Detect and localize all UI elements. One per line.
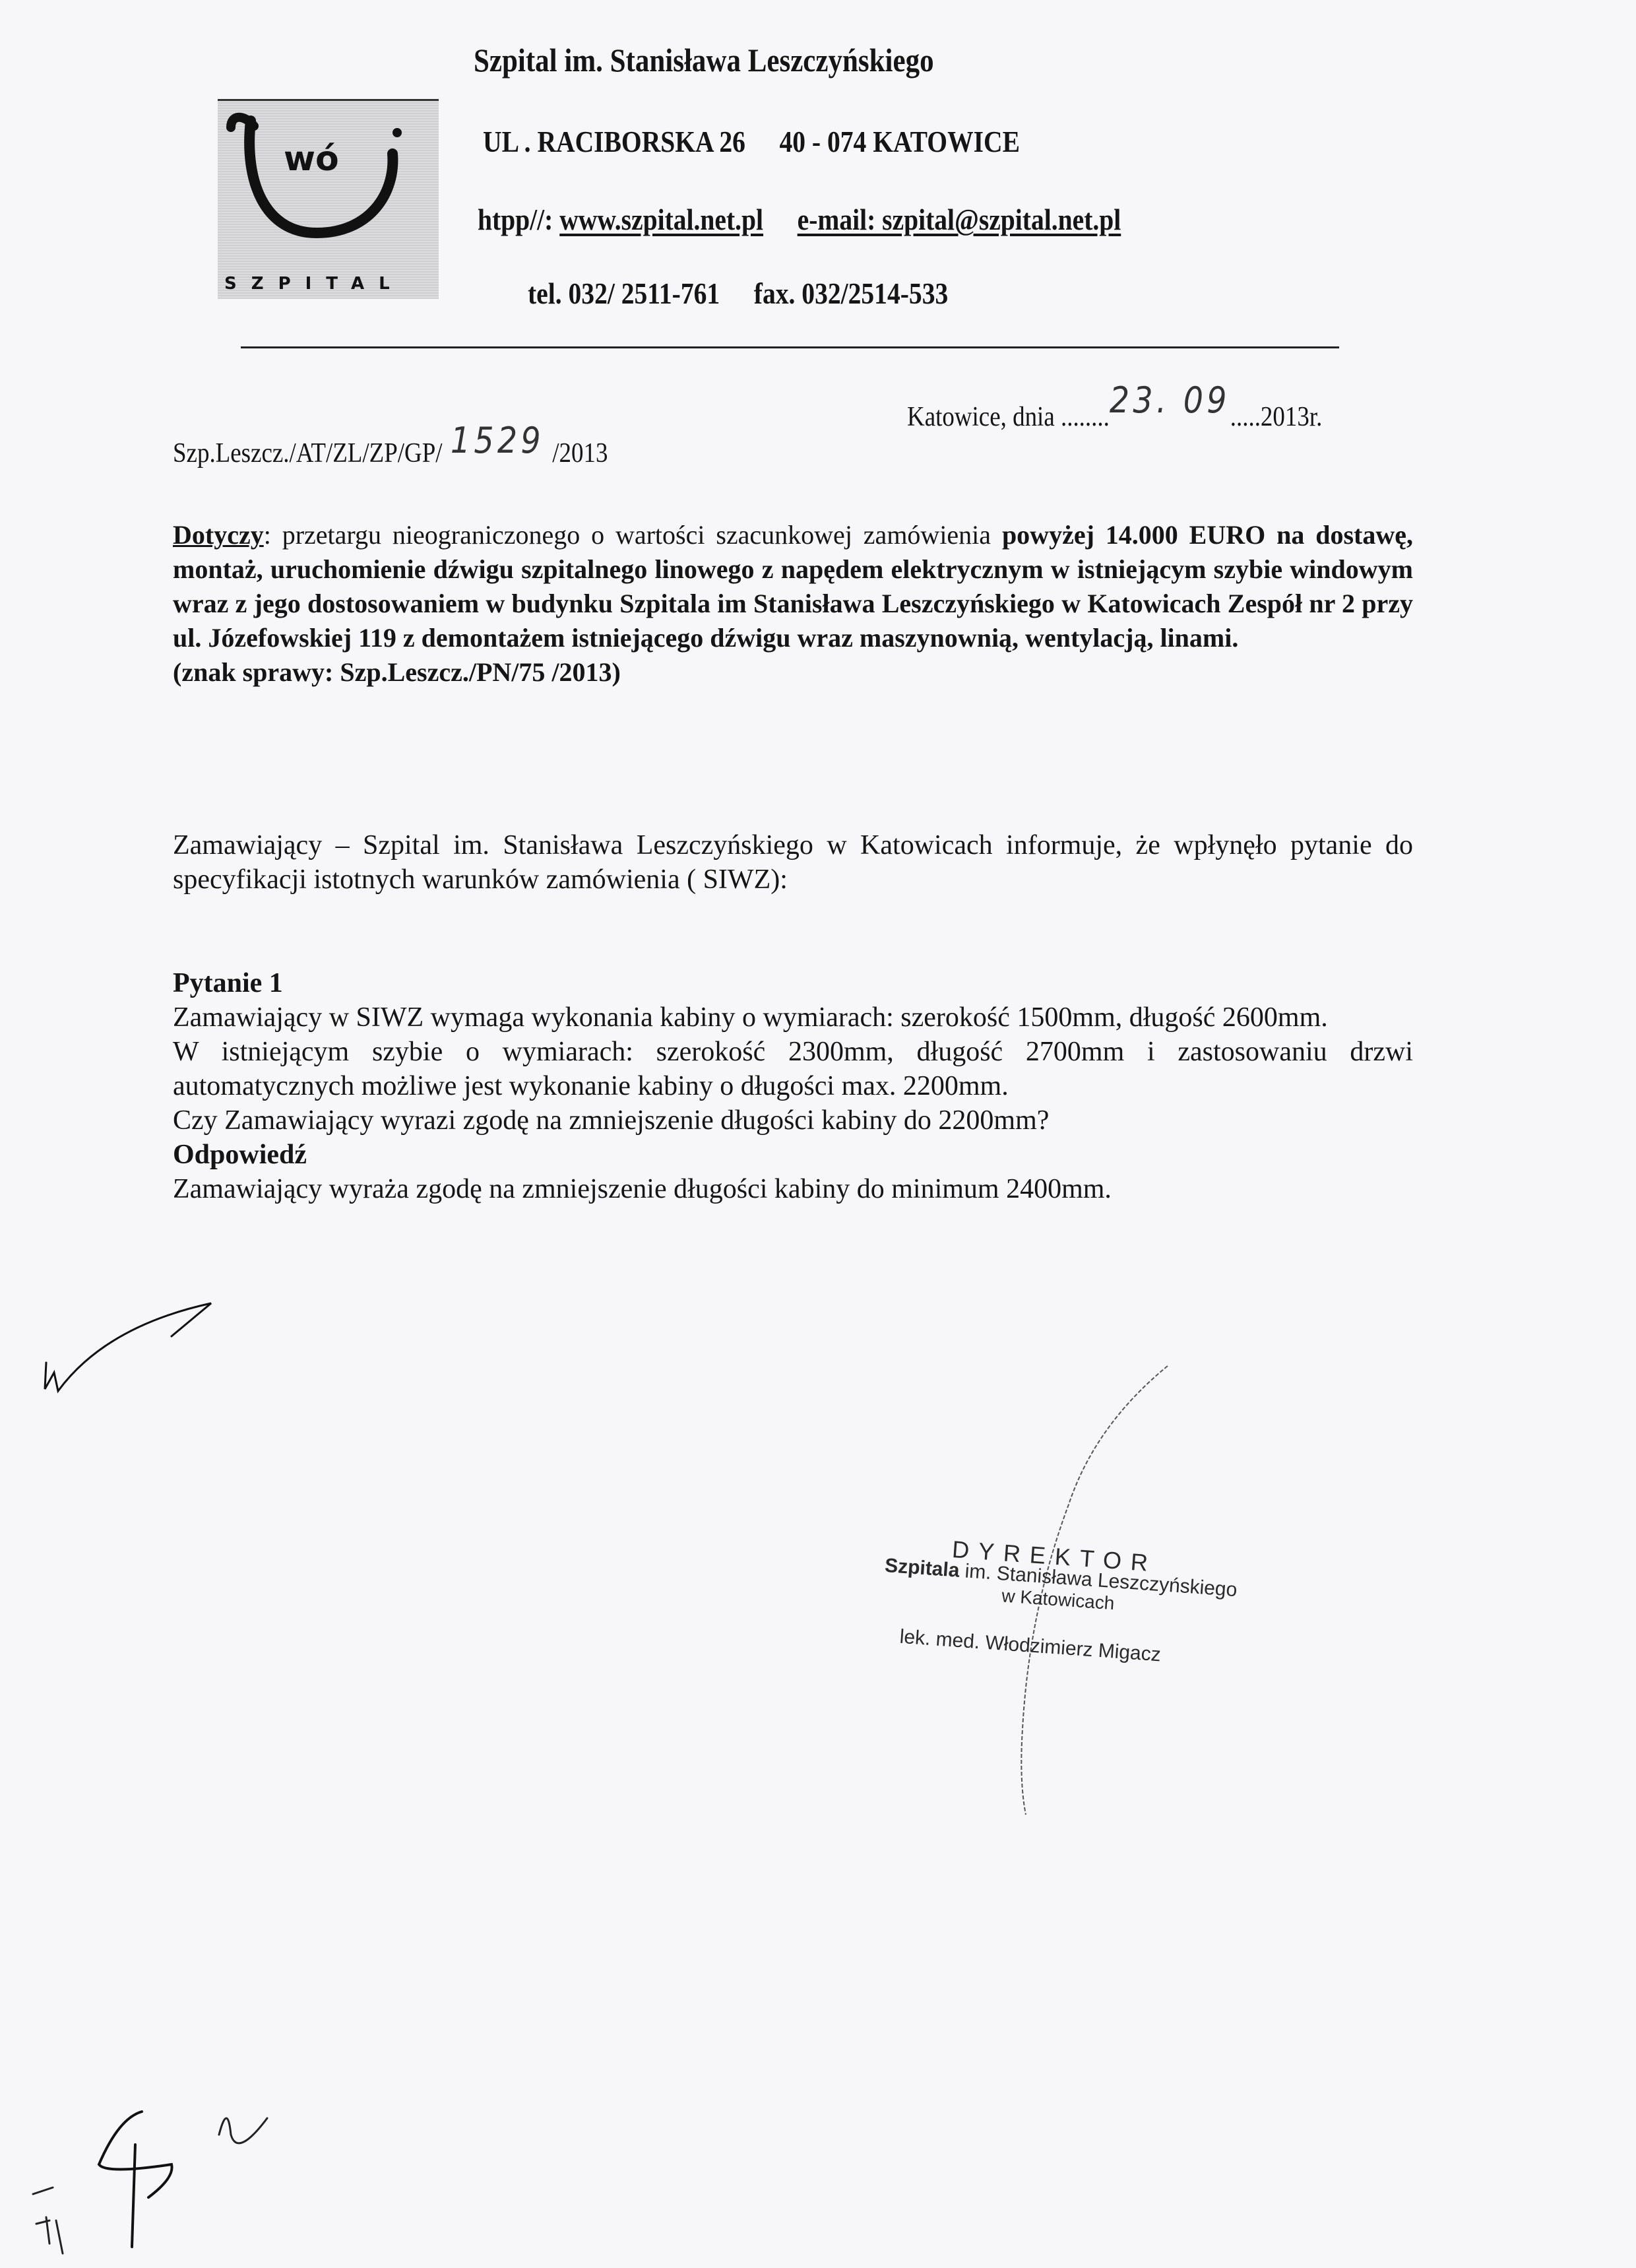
question-line: Czy Zamawiający wyrazi zgodę na zmniejsz…	[173, 1103, 1413, 1138]
hospital-name: Szpital im. Stanisława Leszczyńskiego	[474, 41, 934, 79]
email-link[interactable]: e-mail: szpital@szpital.net.pl	[798, 203, 1121, 236]
reference-suffix: /2013	[552, 438, 608, 469]
subject-text: : przetargu nieograniczonego o wartości …	[264, 520, 1002, 550]
hospital-address: UL . RACIBORSKA 2640 - 074 KATOWICE	[483, 124, 1020, 159]
date-suffix: .....2013r.	[1230, 402, 1323, 432]
subject-label: Dotyczy	[173, 520, 264, 550]
question-heading: Pytanie 1	[173, 966, 1413, 1000]
letter-date: Katowice, dnia ........23. 09.....2013r.	[907, 393, 1322, 434]
stamp-institution-bold: Szpitala	[884, 1555, 960, 1582]
subject-block: Dotyczy: przetargu nieograniczonego o wa…	[173, 518, 1413, 690]
answer-heading: Odpowiedź	[173, 1138, 1413, 1172]
svg-text:wó: wó	[284, 139, 339, 179]
web-prefix: htpp//:	[478, 203, 553, 236]
answer-text: Zamawiający wyraża zgodę na zmniejszenie…	[173, 1172, 1413, 1206]
website-link[interactable]: www.szpital.net.pl	[559, 203, 763, 236]
reference-prefix: Szp.Leszcz./AT/ZL/ZP/GP/	[173, 438, 443, 469]
header-divider	[241, 346, 1339, 348]
letter-body: Zamawiający – Szpital im. Stanisława Les…	[173, 828, 1413, 1206]
reference-number: Szp.Leszcz./AT/ZL/ZP/GP/1529/2013	[173, 429, 608, 470]
hospital-phone-fax: tel. 032/ 2511-761fax. 032/2514-533	[528, 276, 948, 311]
logo-text: SZPITAL	[224, 274, 404, 294]
twoj-logo-icon: wó	[218, 101, 439, 259]
postcode-city: 40 - 074 KATOWICE	[779, 125, 1020, 158]
hospital-logo: wó SZPITAL	[218, 99, 439, 299]
date-prefix: Katowice, dnia ........	[907, 402, 1110, 432]
phone-number: tel. 032/ 2511-761	[528, 276, 720, 310]
question-line: Zamawiający w SIWZ wymaga wykonania kabi…	[173, 1000, 1413, 1035]
case-reference: (znak sprawy: Szp.Leszcz./PN/75 /2013)	[173, 657, 621, 687]
street-address: UL . RACIBORSKA 26	[483, 125, 745, 158]
hospital-web-contact: htpp//: www.szpital.net.ple-mail: szpita…	[478, 202, 1121, 237]
intro-paragraph: Zamawiający – Szpital im. Stanisława Les…	[173, 828, 1413, 897]
fax-number: fax. 032/2514-533	[754, 276, 948, 310]
initials-signature-icon	[40, 1287, 237, 1419]
bottom-signature-icon	[13, 2092, 290, 2263]
handwritten-reference: 1529	[451, 420, 544, 461]
question-line: W istniejącym szybie o wymiarach: szerok…	[173, 1035, 1413, 1103]
director-stamp: DYREKTOR Szpitala im. Stanisława Leszczy…	[879, 1531, 1240, 1671]
handwritten-date: 23. 09	[1110, 379, 1230, 421]
